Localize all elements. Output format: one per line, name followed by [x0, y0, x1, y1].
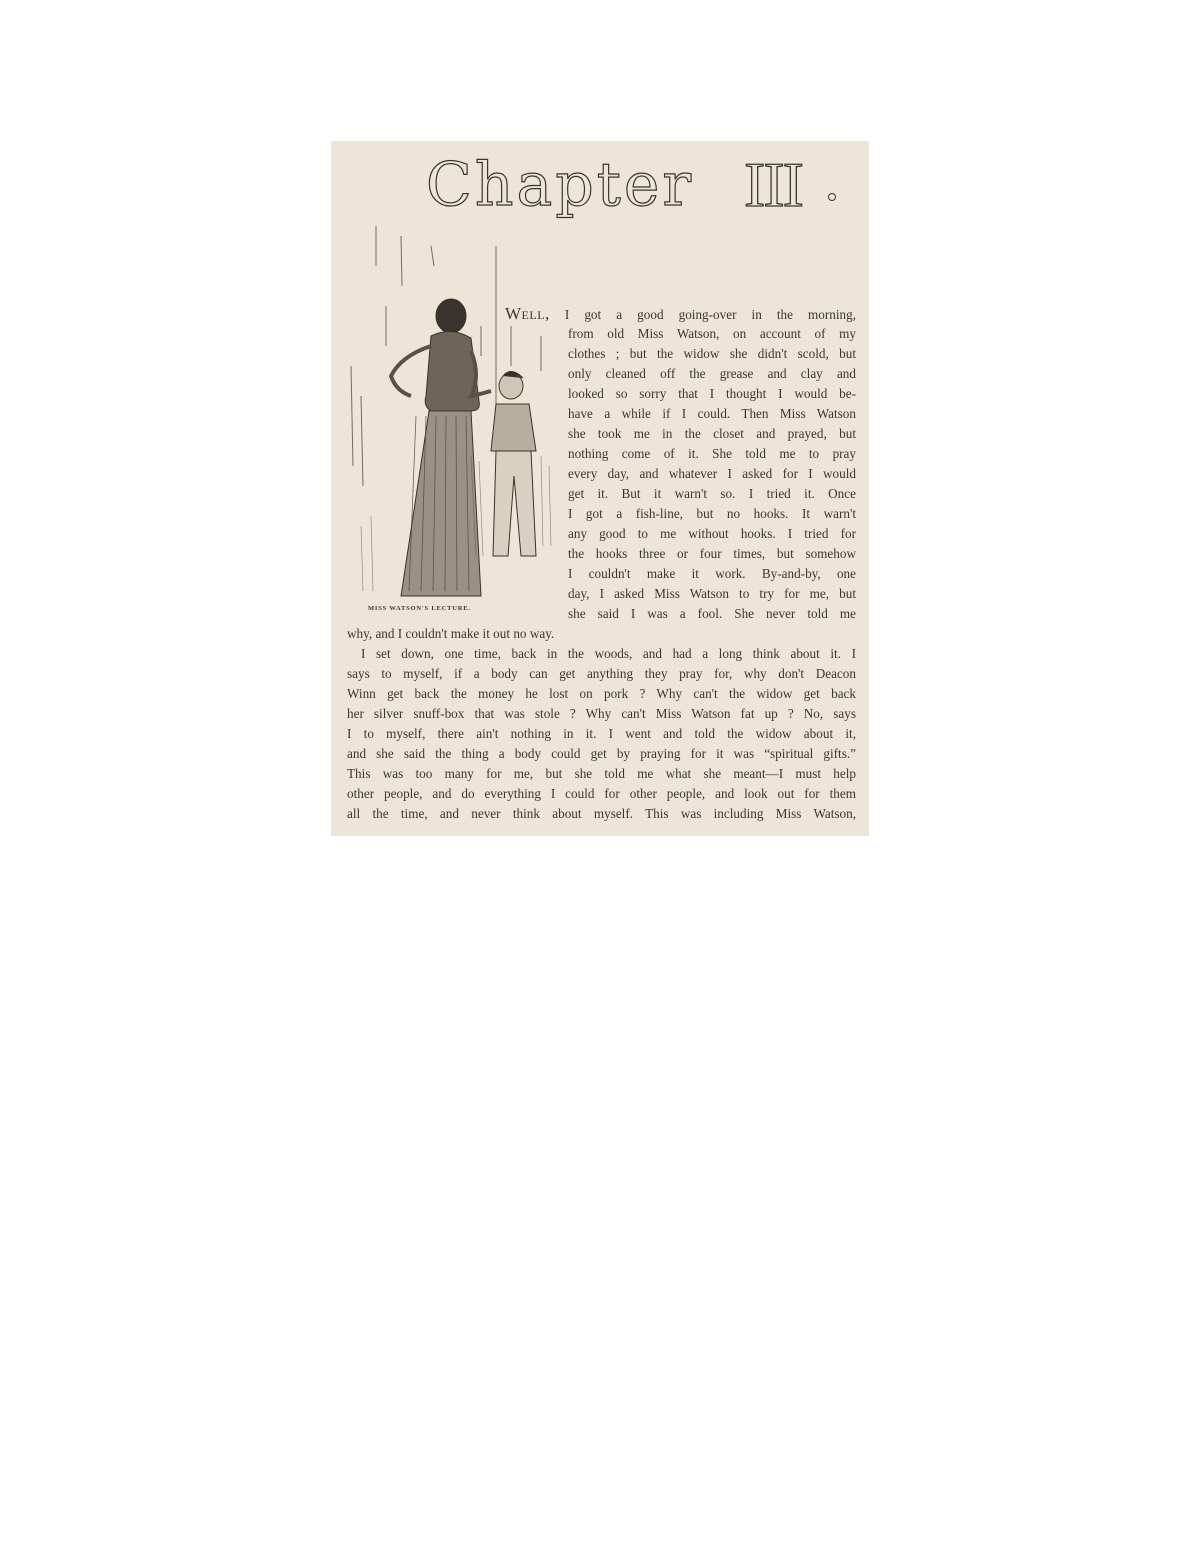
- text-line: only cleaned off the grease and clay and: [568, 364, 856, 384]
- text-line: Winn get back the money he lost on pork …: [347, 684, 856, 704]
- text-line: she said I was a fool. She never told me: [568, 604, 856, 624]
- text-line: why, and I couldn't make it out no way.: [347, 624, 856, 644]
- text-line: get it. But it warn't so. I tried it. On…: [568, 484, 856, 504]
- chapter-label: Chapter: [426, 155, 694, 215]
- text-line: says to myself, if a body can get anythi…: [347, 664, 856, 684]
- text-line: I set down, one time, back in the woods,…: [347, 644, 856, 664]
- body-paragraphs: why, and I couldn't make it out no way. …: [347, 624, 856, 824]
- text-line: the hooks three or four times, but someh…: [568, 544, 856, 564]
- text-line: every day, and whatever I asked for I wo…: [568, 464, 856, 484]
- text-line: her silver snuff-box that was stole ? Wh…: [347, 704, 856, 724]
- text-line: I to myself, there ain't nothing in it. …: [347, 724, 856, 744]
- text-line: looked so sorry that I thought I would b…: [568, 384, 856, 404]
- text-line: I got a fish-line, but no hooks. It warn…: [568, 504, 856, 524]
- text-line: other people, and do everything I could …: [347, 784, 856, 804]
- text-line: This was too many for me, but she told m…: [347, 764, 856, 784]
- text-line: nothing come of it. She told me to pray: [568, 444, 856, 464]
- text-line: day, I asked Miss Watson to try for me, …: [568, 584, 856, 604]
- opening-paragraph-wrapped: Well, I got a good going-over in the mor…: [568, 304, 856, 624]
- text-line: have a while if I could. Then Miss Watso…: [568, 404, 856, 424]
- text-line: she took me in the closet and prayed, bu…: [568, 424, 856, 444]
- text-line: all the time, and never think about myse…: [347, 804, 856, 824]
- engraving-illustration-icon: [331, 226, 561, 616]
- text-line: and she said the thing a body could get …: [347, 744, 856, 764]
- text-line: from old Miss Watson, on account of my: [568, 324, 856, 344]
- ornament-dot-icon: [828, 193, 836, 201]
- text-line: Well, I got a good going-over in the mor…: [568, 304, 856, 324]
- text-line: any good to me without hooks. I tried fo…: [568, 524, 856, 544]
- text-line-rest: I got a good going-over in the morning,: [565, 307, 856, 322]
- text-line: clothes ; but the widow she didn't scold…: [568, 344, 856, 364]
- illustration-caption: MISS WATSON'S LECTURE.: [368, 605, 471, 612]
- illustration-miss-watson-lecture: [331, 226, 561, 616]
- dropcap-word: Well,: [505, 304, 550, 323]
- text-line: I couldn't make it work. By-and-by, one: [568, 564, 856, 584]
- book-page: Chapter III: [331, 141, 869, 836]
- chapter-number: III: [744, 153, 802, 217]
